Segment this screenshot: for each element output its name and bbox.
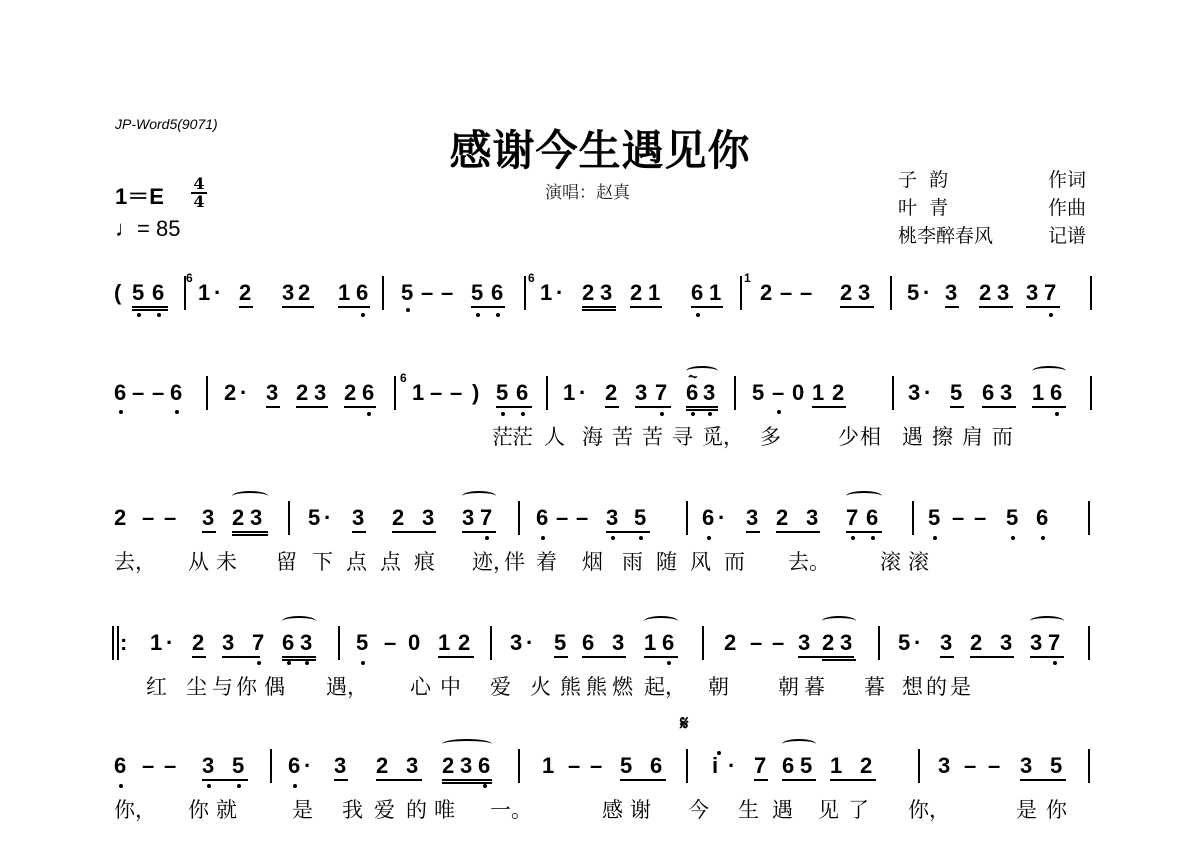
beam-underline <box>266 406 280 408</box>
note: 3 <box>510 630 522 656</box>
lyric-char: 了 <box>848 797 869 823</box>
lyric-char: 雨 <box>622 549 643 575</box>
lyric-char: 今 <box>688 797 709 823</box>
note: – <box>142 505 154 531</box>
octave-dot <box>933 536 937 540</box>
octave-dot <box>1011 536 1015 540</box>
lyric-char: 爱 <box>490 674 511 700</box>
beam-underline <box>970 656 1014 658</box>
lyric-char: 生 <box>738 797 759 823</box>
lyrics-line <box>112 324 1092 352</box>
note: 3 <box>600 280 612 306</box>
note: 3 <box>202 505 214 531</box>
octave-dot <box>521 412 525 416</box>
note: 5 <box>401 280 413 306</box>
lyric-char: 从 <box>188 549 209 575</box>
note: · <box>556 280 563 306</box>
beam-underline <box>338 306 370 308</box>
lyric-char: 唯 <box>434 797 455 823</box>
note: 3 <box>806 505 818 531</box>
lyric-char: 相 <box>860 424 881 450</box>
beam-underline <box>132 309 168 311</box>
note: 2 <box>832 380 844 406</box>
grace-note: 1 <box>744 272 751 284</box>
lyric-char: 去， <box>114 549 156 575</box>
note: · <box>923 280 930 306</box>
note: 6 <box>152 280 164 306</box>
note: 2 <box>582 280 594 306</box>
note: 5 <box>950 380 962 406</box>
lyric-char: 苦 <box>612 424 633 450</box>
note: 2 <box>458 630 470 656</box>
beam-underline <box>644 656 678 658</box>
note: 5 <box>620 753 632 779</box>
lyric-char: 的 <box>406 797 427 823</box>
note: 5 <box>800 753 812 779</box>
credit-name: 子 韵 <box>898 166 948 194</box>
note: 1 <box>648 280 660 306</box>
slur <box>462 491 496 501</box>
lyric-char: 的 <box>926 674 947 700</box>
note: 2 <box>840 280 852 306</box>
bar-line <box>1088 749 1090 783</box>
bar-line <box>524 276 526 310</box>
bar-line <box>338 626 340 660</box>
beam-underline <box>462 531 496 533</box>
note: 6 <box>1036 505 1048 531</box>
note: 2 <box>239 280 251 306</box>
note: 5 <box>1006 505 1018 531</box>
beam-underline <box>582 306 616 308</box>
beam-underline <box>1026 306 1060 308</box>
octave-dot <box>287 661 291 665</box>
beam-underline <box>746 531 760 533</box>
note: – <box>772 630 784 656</box>
note: 1 <box>1032 380 1044 406</box>
notes-line: 2––3235·323376––356·323765––56 <box>112 497 1092 537</box>
beam-underline <box>830 779 876 781</box>
lyric-char: 滚 <box>908 549 929 575</box>
slur <box>1030 616 1064 626</box>
note: 3 <box>300 630 312 656</box>
lyric-char: 是 <box>950 674 971 700</box>
beam-underline <box>239 306 253 308</box>
octave-dot <box>708 412 712 416</box>
note: 6 <box>516 380 528 406</box>
note: 6 <box>362 380 374 406</box>
beam-underline <box>582 656 626 658</box>
note: – <box>780 280 792 306</box>
lyric-char: 谢 <box>630 797 651 823</box>
bar-line <box>117 626 119 660</box>
beam-underline <box>798 656 854 658</box>
octave-dot <box>871 536 875 540</box>
note: · <box>579 380 586 406</box>
note: 6 <box>356 280 368 306</box>
note: – <box>142 753 154 779</box>
bar-line <box>270 749 272 783</box>
beam-underline <box>620 779 666 781</box>
lyric-char: 点 <box>346 549 367 575</box>
singer-credit: 演唱：赵真 <box>545 178 630 203</box>
beam-underline <box>496 406 532 408</box>
lyric-char: 点 <box>380 549 401 575</box>
note: 2 <box>776 505 788 531</box>
octave-dot <box>476 313 480 317</box>
note: 3 <box>202 753 214 779</box>
lyric-char: 燃 <box>612 674 633 700</box>
note: 3 <box>938 753 950 779</box>
slur <box>846 491 882 501</box>
note: 2 <box>442 753 454 779</box>
note: – <box>132 380 144 406</box>
note: 3 <box>222 630 234 656</box>
beam-underline <box>940 656 954 658</box>
octave-dot <box>611 536 615 540</box>
note: 7 <box>252 630 264 656</box>
beam-underline <box>376 779 422 781</box>
note: 3 <box>1000 630 1012 656</box>
lyric-char: 就 <box>216 797 237 823</box>
beam-underline <box>192 656 206 658</box>
note: 2 <box>979 280 991 306</box>
beam-underline <box>605 406 619 408</box>
beam-underline <box>334 779 348 781</box>
note: · <box>166 630 173 656</box>
octave-dot <box>717 751 721 755</box>
octave-dot <box>293 784 297 788</box>
note: 2 <box>392 505 404 531</box>
beam-underline <box>554 656 568 658</box>
note: 0 <box>408 630 420 656</box>
note: 6 <box>686 380 698 406</box>
bar-line <box>394 376 396 410</box>
note: · <box>924 380 931 406</box>
lyric-char: 我 <box>342 797 363 823</box>
octave-dot <box>496 313 500 317</box>
note: 6 <box>662 630 674 656</box>
lyric-char: 伴 <box>504 549 525 575</box>
lyric-char: 一。 <box>490 797 532 823</box>
note: 6 <box>491 280 503 306</box>
note: i <box>712 753 718 779</box>
lyric-char: 感 <box>602 797 623 823</box>
lyrics-line: 你，你就是我爱的唯一。感谢今生遇见了你，是你 <box>112 797 1092 825</box>
note: 3 <box>250 505 262 531</box>
note: 6 <box>691 280 703 306</box>
note: 3 <box>798 630 810 656</box>
lyric-char: 苦 <box>642 424 663 450</box>
note: 5 <box>356 630 368 656</box>
lyric-char: 多 <box>760 424 781 450</box>
octave-dot <box>119 410 123 414</box>
beam-underline <box>442 779 492 781</box>
bar-line <box>518 749 520 783</box>
beam-underline <box>754 779 768 781</box>
note: 6 <box>170 380 182 406</box>
note: 6 <box>282 630 294 656</box>
note: – <box>952 505 964 531</box>
beam-underline <box>782 779 816 781</box>
beam-underline <box>222 656 260 658</box>
notes-line: 6––62·323261––)561·237635–0123·563166⏦ <box>112 372 1092 412</box>
note: 3 <box>945 280 957 306</box>
lyric-char: 朝 <box>708 674 729 700</box>
note: ( <box>114 280 121 306</box>
note: 2 <box>860 753 872 779</box>
note: – <box>974 505 986 531</box>
note: 3 <box>612 630 624 656</box>
lyric-char: 你， <box>114 797 156 823</box>
note: 5 <box>928 505 940 531</box>
beam-underline <box>352 531 366 533</box>
lyric-char: 与 <box>212 674 233 700</box>
lyric-char: 朝 <box>778 674 799 700</box>
octave-dot <box>851 536 855 540</box>
octave-dot <box>639 536 643 540</box>
note: 2 <box>296 380 308 406</box>
credit-role: 记谱 <box>1042 222 1086 250</box>
lyric-char: 你 <box>1046 797 1067 823</box>
lyric-char: 你 <box>236 674 257 700</box>
note: 6 <box>1050 380 1062 406</box>
note: 3 <box>334 753 346 779</box>
note: 2 <box>224 380 236 406</box>
notes-line: :1·237635–0123·563162––3235·32337 <box>112 622 1092 662</box>
note: · <box>914 630 921 656</box>
lyric-char: 尘 <box>186 674 207 700</box>
note: – <box>430 380 442 406</box>
note: 5 <box>132 280 144 306</box>
octave-dot <box>137 313 141 317</box>
note: 0 <box>792 380 804 406</box>
note: 3 <box>606 505 618 531</box>
note: 6 <box>582 630 594 656</box>
note: 6 <box>650 753 662 779</box>
beam-underline <box>1030 656 1064 658</box>
beam-underline <box>232 531 268 533</box>
beam-underline <box>686 406 718 408</box>
octave-dot <box>660 412 664 416</box>
slur <box>782 739 816 749</box>
note: – <box>152 380 164 406</box>
note: 3 <box>703 380 715 406</box>
lyric-char: 着 <box>536 549 557 575</box>
octave-dot <box>157 313 161 317</box>
note: 6 <box>782 753 794 779</box>
note: · <box>728 753 735 779</box>
slur <box>232 491 268 501</box>
note: ) <box>472 380 479 406</box>
beam-underline <box>232 534 268 536</box>
octave-dot <box>707 536 711 540</box>
octave-dot <box>483 784 487 788</box>
beam-underline <box>822 659 856 661</box>
lyric-char: 中 <box>440 674 461 700</box>
note: 5 <box>496 380 508 406</box>
note: 3 <box>352 505 364 531</box>
note: 2 <box>376 753 388 779</box>
note: · <box>324 505 331 531</box>
note: 5 <box>554 630 566 656</box>
lyric-char: 而 <box>992 424 1013 450</box>
note: 2 <box>192 630 204 656</box>
credit-name: 桃李醉春风 <box>898 222 993 250</box>
note: 2 <box>344 380 356 406</box>
turn-ornament: ⏦ <box>688 370 698 382</box>
note: 3 <box>1030 630 1042 656</box>
note: 3 <box>858 280 870 306</box>
beam-underline <box>202 779 248 781</box>
beam-underline <box>686 409 718 411</box>
lyric-char: 遇 <box>902 424 923 450</box>
note: 6 <box>478 753 490 779</box>
lyric-char: 风 <box>690 549 711 575</box>
lyric-char: 而 <box>724 549 745 575</box>
note: 1 <box>412 380 424 406</box>
beam-underline <box>296 406 328 408</box>
octave-dot <box>406 308 410 312</box>
bar-line <box>490 626 492 660</box>
lyrics-line: 茫茫人海苦苦寻觅，多少相遇擦肩而 <box>112 424 1092 452</box>
slur <box>1032 366 1066 376</box>
bar-line <box>892 376 894 410</box>
octave-dot <box>691 412 695 416</box>
note: 6 <box>866 505 878 531</box>
lyric-char: 是 <box>1016 797 1037 823</box>
lyric-char: 觅， <box>702 424 744 450</box>
note: 2 <box>114 505 126 531</box>
note: 7 <box>754 753 766 779</box>
note: 7 <box>480 505 492 531</box>
octave-dot <box>305 661 309 665</box>
key-label: 1＝E <box>115 184 164 209</box>
lyric-char: 去。 <box>788 549 830 575</box>
note: – <box>988 753 1000 779</box>
beam-underline <box>846 531 882 533</box>
segno-sign: 𝄋 <box>680 711 689 735</box>
note: : <box>120 630 127 656</box>
lyric-char: 暮 <box>804 674 825 700</box>
bar-line <box>912 501 914 535</box>
bar-line <box>890 276 892 310</box>
note: 7 <box>1044 280 1056 306</box>
note: 5 <box>898 630 910 656</box>
beam-underline <box>945 306 959 308</box>
note: · <box>240 380 247 406</box>
note: 1 <box>540 280 552 306</box>
lyric-char: 见 <box>818 797 839 823</box>
note: – <box>800 280 812 306</box>
lyric-char: 起， <box>644 674 686 700</box>
lyric-char: 茫 <box>492 424 513 450</box>
bar-line <box>702 626 704 660</box>
lyric-char: 火 <box>530 674 551 700</box>
octave-dot <box>1053 661 1057 665</box>
note: – <box>576 505 588 531</box>
note: 3 <box>940 630 952 656</box>
lyric-char: 茫 <box>512 424 533 450</box>
grace-note: 6 <box>528 272 535 284</box>
note: · <box>718 505 725 531</box>
note: – <box>590 753 602 779</box>
beam-underline <box>630 306 662 308</box>
note: 6 <box>536 505 548 531</box>
notes-line: 6––356·3232361––56i·765123––35𝄋 <box>112 745 1092 785</box>
note: · <box>526 630 533 656</box>
credit-name: 叶 青 <box>898 194 948 222</box>
note: 3 <box>406 753 418 779</box>
bar-line <box>546 376 548 410</box>
octave-dot <box>1055 412 1059 416</box>
note: 6 <box>702 505 714 531</box>
note: – <box>556 505 568 531</box>
note: 6 <box>114 380 126 406</box>
note: 3 <box>997 280 1009 306</box>
note: – <box>384 630 396 656</box>
time-signature-top: 4 <box>190 176 208 192</box>
beam-underline <box>812 406 846 408</box>
lyric-char: 人 <box>544 424 565 450</box>
note: 3 <box>840 630 852 656</box>
lyric-char: 熊 <box>560 674 581 700</box>
beam-underline <box>282 306 314 308</box>
lyric-char: 红 <box>146 674 167 700</box>
lyric-char: 寻 <box>672 424 693 450</box>
credit-transcriber: 桃李醉春风 记谱 <box>898 222 1086 250</box>
octave-dot <box>1041 536 1045 540</box>
octave-dot <box>175 410 179 414</box>
lyric-char: 随 <box>656 549 677 575</box>
beam-underline <box>776 531 820 533</box>
octave-dot <box>257 661 261 665</box>
credit-lyricist: 子 韵 作词 <box>898 166 1086 194</box>
octave-dot <box>367 412 371 416</box>
lyric-char: 暮 <box>864 674 885 700</box>
note: 3 <box>635 380 647 406</box>
credit-composer: 叶 青 作曲 <box>898 194 1086 222</box>
key-signature: 1＝E <box>115 180 164 211</box>
beam-underline <box>691 306 723 308</box>
beam-underline <box>1032 406 1066 408</box>
octave-dot <box>207 784 211 788</box>
grace-note: 6 <box>186 272 193 284</box>
note: 5 <box>232 753 244 779</box>
note: – <box>750 630 762 656</box>
note: 3 <box>282 280 294 306</box>
beam-underline <box>282 656 316 658</box>
note: 2 <box>970 630 982 656</box>
lyric-char: 肩 <box>962 424 983 450</box>
lyric-char: 你， <box>908 797 950 823</box>
octave-dot <box>1049 313 1053 317</box>
octave-dot <box>361 313 365 317</box>
bar-line <box>734 376 736 410</box>
lyric-char: 你 <box>188 797 209 823</box>
tempo-marking: ♩= 85 <box>115 216 180 242</box>
note: 5 <box>752 380 764 406</box>
octave-dot <box>541 536 545 540</box>
octave-dot <box>667 661 671 665</box>
slur <box>282 616 316 626</box>
note: 2 <box>630 280 642 306</box>
credit-role: 作曲 <box>1042 194 1086 222</box>
note: 3 <box>266 380 278 406</box>
lyric-char: 未 <box>216 549 237 575</box>
note: 3 <box>746 505 758 531</box>
octave-dot <box>119 784 123 788</box>
note: 3 <box>462 505 474 531</box>
